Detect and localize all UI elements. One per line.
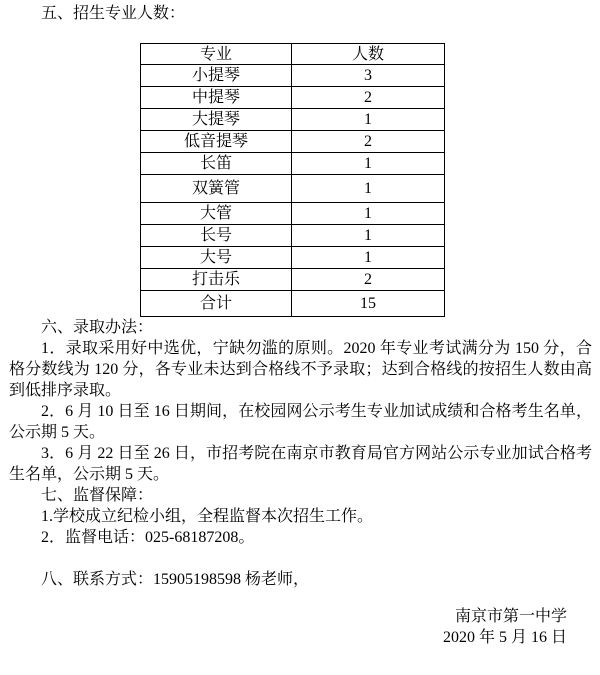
table-row: 小提琴 3	[141, 65, 445, 87]
major-cell: 中提琴	[141, 87, 292, 109]
table-row: 大管 1	[141, 203, 445, 225]
blank-line	[9, 548, 592, 569]
count-cell: 1	[292, 247, 445, 269]
blank-line	[9, 590, 592, 606]
count-cell: 1	[292, 153, 445, 175]
count-cell: 1	[292, 109, 445, 131]
count-cell: 2	[292, 87, 445, 109]
table-header-major: 专业	[141, 44, 292, 65]
section6-title: 六、录取办法：	[9, 317, 592, 338]
count-cell: 2	[292, 269, 445, 291]
count-cell: 2	[292, 131, 445, 153]
count-cell: 3	[292, 65, 445, 87]
table-total-row: 合计 15	[141, 291, 445, 317]
section5-title: 五、招生专业人数：	[9, 3, 592, 24]
major-cell: 长笛	[141, 153, 292, 175]
table-row: 打击乐 2	[141, 269, 445, 291]
table-row: 长号 1	[141, 225, 445, 247]
major-cell: 小提琴	[141, 65, 292, 87]
count-cell: 15	[292, 291, 445, 317]
section7-title: 七、监督保障：	[9, 485, 592, 506]
admission-rule-paragraph-1: 1．录取采用好中选优，宁缺勿滥的原则。2020 年专业考试满分为 150 分，合…	[9, 338, 592, 401]
major-cell: 低音提琴	[141, 131, 292, 153]
table-row: 中提琴 2	[141, 87, 445, 109]
major-cell: 长号	[141, 225, 292, 247]
major-cell: 合计	[141, 291, 292, 317]
signature-org: 南京市第一中学	[9, 606, 592, 627]
table-header-row: 专业 人数	[141, 44, 445, 65]
count-cell: 1	[292, 175, 445, 203]
enrollment-table: 专业 人数 小提琴 3 中提琴 2 大提琴 1 低音提琴 2 长笛 1	[140, 43, 445, 317]
count-cell: 1	[292, 225, 445, 247]
signature-block: 南京市第一中学 2020 年 5 月 16 日	[9, 606, 592, 648]
major-cell: 双簧管	[141, 175, 292, 203]
admission-rule-paragraph-3: 3．6 月 22 日至 26 日，市招考院在南京市教育局官方网站公示专业加试合格…	[9, 443, 592, 485]
table-row: 大号 1	[141, 247, 445, 269]
table-row: 双簧管 1	[141, 175, 445, 203]
admission-rule-paragraph-2: 2．6 月 10 日至 16 日期间，在校园网公示考生专业加试成绩和合格考生名单…	[9, 401, 592, 443]
major-cell: 大号	[141, 247, 292, 269]
signature-date: 2020 年 5 月 16 日	[9, 627, 592, 648]
major-cell: 大提琴	[141, 109, 292, 131]
table-row: 低音提琴 2	[141, 131, 445, 153]
major-cell: 大管	[141, 203, 292, 225]
table-row: 长笛 1	[141, 153, 445, 175]
document-page: 五、招生专业人数： 专业 人数 小提琴 3 中提琴 2 大提琴 1	[0, 0, 600, 675]
supervision-paragraph-2: 2．监督电话：025-68187208。	[9, 527, 592, 548]
count-cell: 1	[292, 203, 445, 225]
supervision-paragraph-1: 1.学校成立纪检小组，全程监督本次招生工作。	[9, 506, 592, 527]
major-cell: 打击乐	[141, 269, 292, 291]
table-row: 大提琴 1	[141, 109, 445, 131]
section8-contact-line: 八、联系方式：15905198598 杨老师，	[9, 569, 592, 590]
table-header-count: 人数	[292, 44, 445, 65]
